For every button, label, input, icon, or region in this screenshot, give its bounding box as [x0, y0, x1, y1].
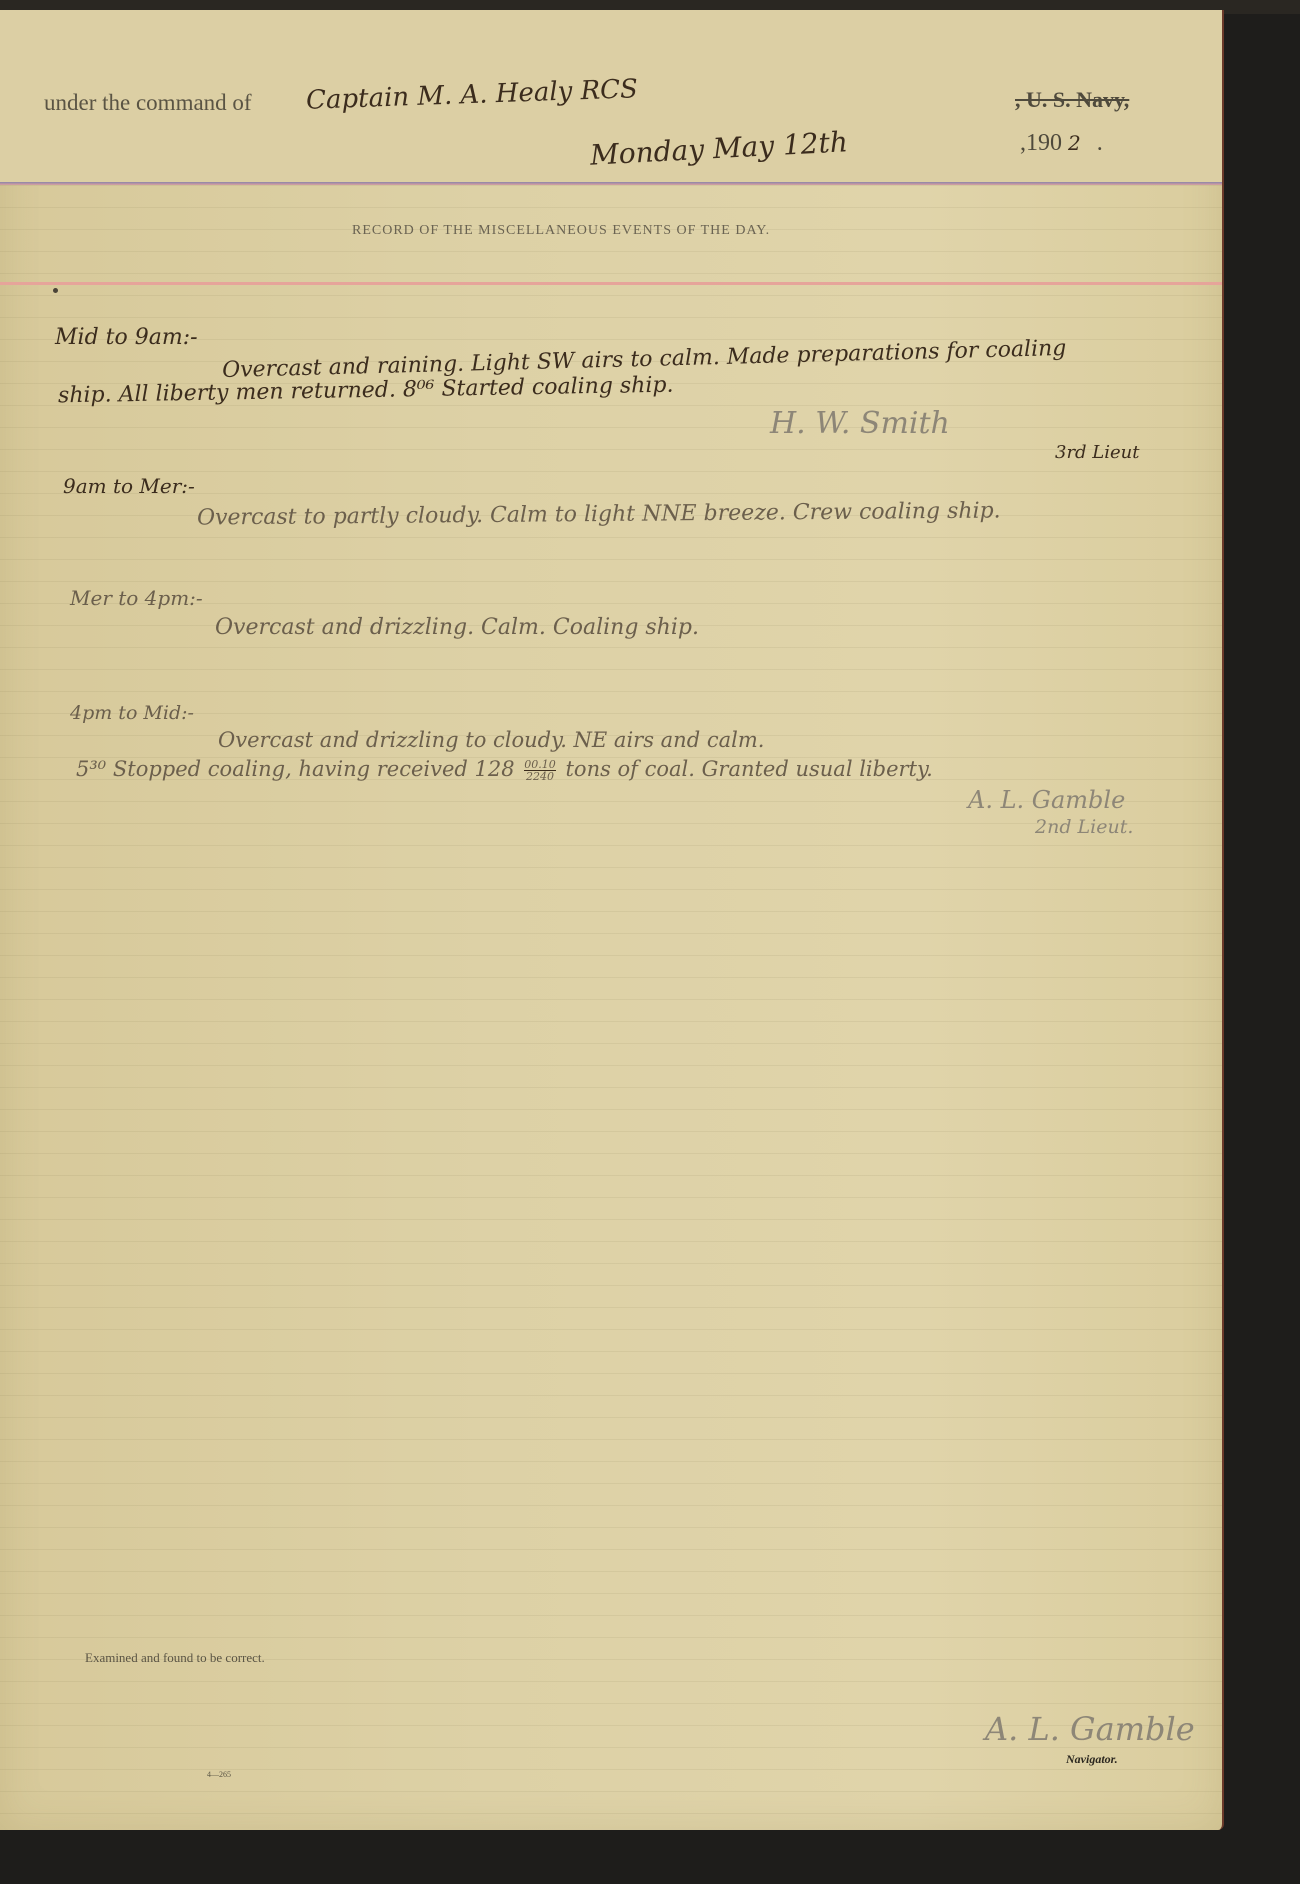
entry-4-line-1: Overcast and drizzling to cloudy. NE air… — [218, 728, 764, 752]
entry-2-line-1: Overcast to partly cloudy. Calm to light… — [197, 498, 1001, 530]
navigator-label: Navigator. — [1066, 1752, 1118, 1767]
watch-label-4pm-mid: 4pm to Mid:- — [70, 702, 194, 724]
entry-1-signature: H. W. Smith — [770, 406, 950, 441]
ink-spot — [53, 288, 58, 293]
header-rule — [0, 182, 1222, 185]
entry-4-closing-a: Stopped coaling, having received 128 — [113, 757, 515, 781]
section-title: RECORD OF THE MISCELLANEOUS EVENTS OF TH… — [352, 223, 770, 239]
watch-label-mid-9am: Mid to 9am:- — [55, 325, 198, 350]
command-label: under the command of — [44, 90, 252, 116]
entry-1-rank: 3rd Lieut — [1055, 442, 1140, 463]
year-suffix: 2 — [1068, 131, 1081, 155]
section-rule — [0, 282, 1222, 285]
year-field: ,190 2 . — [1020, 130, 1103, 157]
form-number: 4—265 — [207, 1770, 231, 1779]
service-struck: , U. S. Navy, — [1015, 87, 1129, 113]
coal-fraction: 00.10 2240 — [524, 759, 556, 782]
entry-3-line-1: Overcast and drizzling. Calm. Coaling sh… — [215, 615, 699, 640]
navigator-signature: A. L. Gamble — [985, 1710, 1195, 1748]
entry-4-signature: A. L. Gamble — [968, 786, 1125, 814]
year-end: . — [1097, 130, 1103, 156]
year-prefix: ,190 — [1020, 130, 1062, 156]
entry-1-line-2: ship. All liberty men returned. 8⁰⁶ Star… — [58, 373, 674, 409]
coal-fraction-denominator: 2240 — [524, 771, 556, 782]
entry-4-rank: 2nd Lieut. — [1035, 816, 1133, 838]
log-page: under the command of Captain M. A. Healy… — [0, 10, 1224, 1830]
entry-4-closing-b: tons of coal. Granted usual liberty. — [565, 757, 932, 781]
watch-label-9am-mer: 9am to Mer:- — [63, 474, 195, 498]
entry-4-line-2: 5³⁰ Stopped coaling, having received 128… — [76, 757, 933, 782]
watch-label-mer-4pm: Mer to 4pm:- — [70, 586, 203, 610]
entry-4-time: 5³⁰ — [76, 757, 106, 781]
examined-statement: Examined and found to be correct. — [85, 1650, 265, 1666]
